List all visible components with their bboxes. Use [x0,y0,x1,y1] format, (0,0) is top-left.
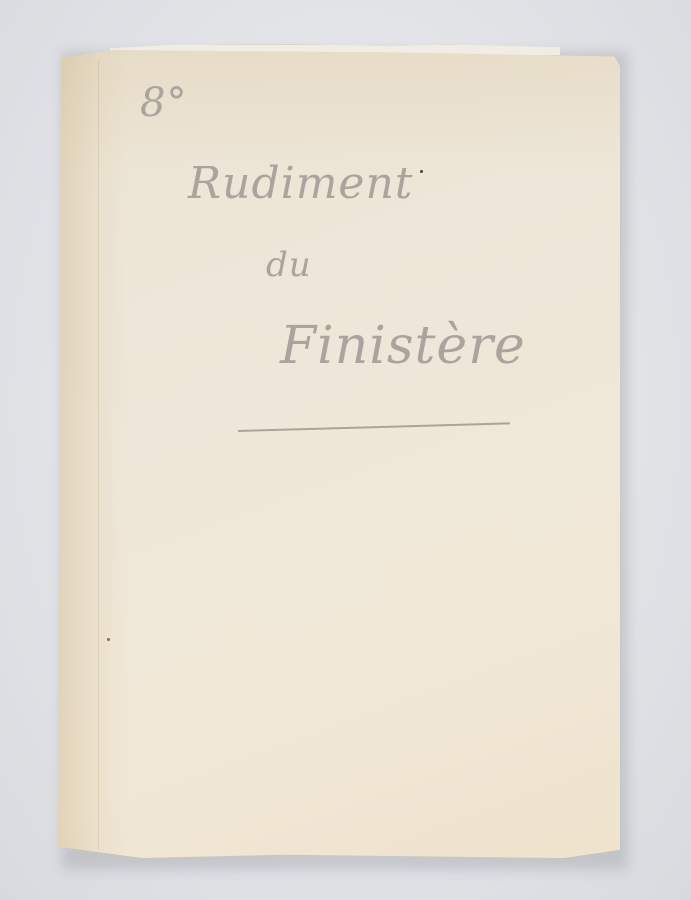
title-line-rudiment: Rudiment [188,158,414,209]
foxing-spot [107,638,110,641]
title-line-du: du [266,245,312,285]
title-line-finistere: Finistère [280,316,526,376]
corner-shelfmark-note: 8° [140,80,187,126]
ink-dot [420,170,423,173]
spine-fold [98,60,99,850]
